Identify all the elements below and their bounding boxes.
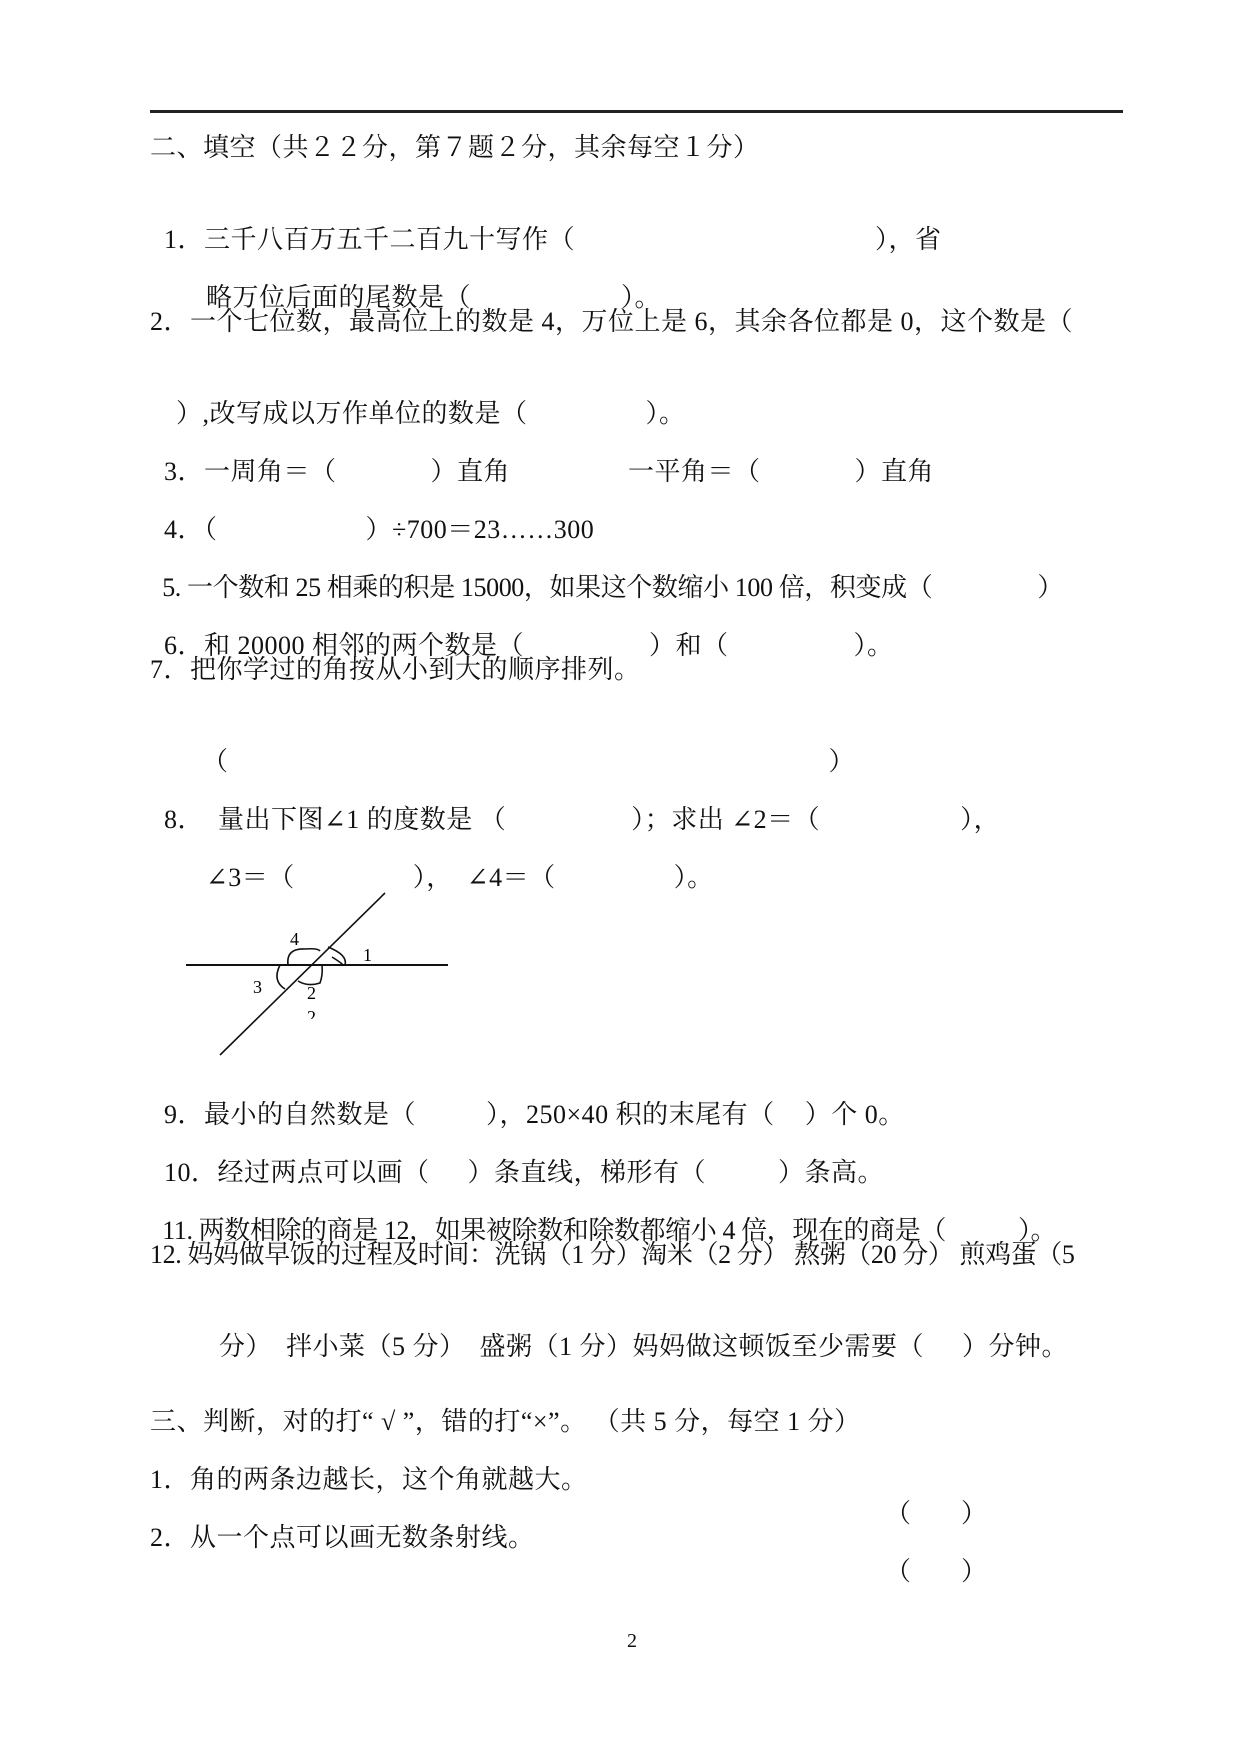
angle-label-1: 1 [363, 945, 372, 965]
diagonal-line [220, 893, 385, 1055]
question-7-line1: 7．把你学过的角按从小到大的顺序排列。 [150, 653, 641, 687]
q12-line2-end: ）分钟。 [962, 1332, 1068, 1361]
q6-text-c: ）。 [854, 631, 894, 660]
question-12-line1: 12. 妈妈做早饭的过程及时间：洗锅（1 分）淘米（2 分） 熬粥（20 分） … [150, 1238, 1075, 1272]
stray-label: 2 [307, 1007, 316, 1027]
q8-text-c: ）， [960, 805, 1000, 834]
q3-text-c: 一平角＝（ [628, 457, 761, 486]
page-number: 2 [627, 1630, 637, 1653]
judge-item-2: 2．从一个点可以画无数条射线。 [150, 1521, 535, 1555]
angle-label-4: 4 [290, 929, 299, 949]
angle-label-3: 3 [253, 977, 262, 997]
judge-item-2-answer[interactable]: （） [872, 1521, 987, 1589]
angle-label-2: 2 [307, 983, 316, 1003]
question-2-line1: 2．一个七位数，最高位上的数是 4，万位上是 6，其余各位都是 0，这个数是（ [150, 305, 1073, 339]
angle-3-arc [277, 965, 285, 989]
section3-heading: 三、判断，对的打“ √ ”，错的打“×”。 （共 5 分，每空 1 分） [150, 1405, 861, 1439]
q3-text-d: ）直角 [855, 457, 935, 486]
header-rule [150, 110, 1123, 113]
judge-item-1: 1．角的两条边越长，这个角就越大。 [150, 1463, 588, 1497]
angle-1-arc [328, 947, 345, 965]
section2-heading: 二、填空（共２２分，第７题２分，其余每空１分） [150, 131, 760, 165]
q5-text-end: ） [1037, 573, 1063, 602]
q6-text-b: ）和（ [649, 631, 729, 660]
intersecting-lines-figure: 1 2 3 4 2 [180, 885, 460, 1060]
q1-text-end: ），省 [875, 225, 942, 254]
q12-line2-text: 分） 拌小菜（5 分） 盛粥（1 分）妈妈做这顿饭至少需要（ [219, 1332, 924, 1361]
q8-line2-c: ）。 [674, 863, 714, 892]
question-12-line2: 分） 拌小菜（5 分） 盛粥（1 分）妈妈做这顿饭至少需要（）分钟。 [205, 1296, 1068, 1364]
